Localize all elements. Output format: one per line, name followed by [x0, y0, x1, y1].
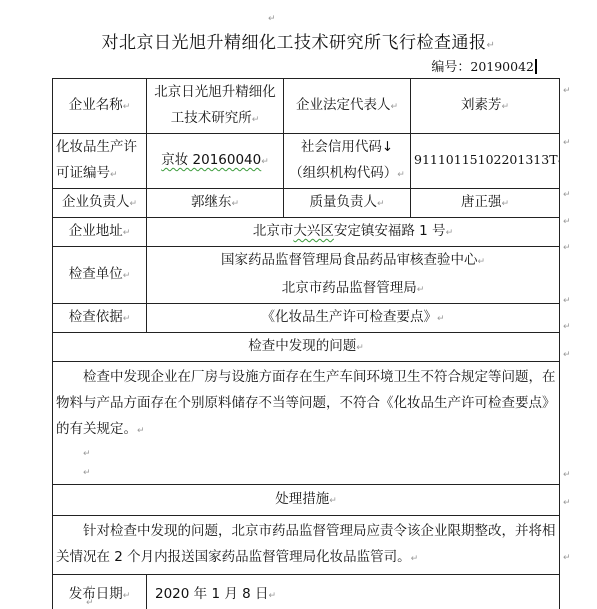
paragraph-mark: ↵	[86, 598, 94, 608]
date-label-cell: 发布日期↵	[53, 575, 147, 609]
doc-number-value: 20190042	[470, 59, 534, 74]
issues-text-cell[interactable]: 检查中发现企业在厂房与设施方面存在生产车间环境卫生不符合规定等问题，在物料与产品…	[53, 362, 560, 485]
address-label-cell: 企业地址↵	[53, 218, 147, 247]
license-label-cell: 化妆品生产许可证编号↵	[53, 134, 147, 189]
table-row: 检查单位↵ 国家药品监督管理局食品药品审核查验中心↵北京市药品监督管理局↵	[53, 247, 560, 304]
document-title: 对北京日光旭升精细化工技术研究所飞行检查通报↵	[0, 28, 597, 53]
row-end-mark: ↵	[563, 553, 571, 563]
company-head-label-cell: 企业负责人↵	[53, 189, 147, 218]
measures-text-cell[interactable]: 针对检查中发现的问题，北京市药品监督管理局应责令该企业限期整改，并将相关情况在 …	[53, 516, 560, 575]
quality-head-label-cell: 质量负责人↵	[284, 189, 411, 218]
table-row: 发布日期↵ 2020 年 1 月 8 日↵	[53, 575, 560, 609]
issues-header-cell: 检查中发现的问题↵	[53, 333, 560, 362]
row-end-mark: ↵	[563, 217, 571, 227]
measures-header-cell: 处理措施↵	[53, 485, 560, 516]
table-row: 企业负责人↵ 郭继东↵ 质量负责人↵ 唐正强↵	[53, 189, 560, 218]
paragraph-mark: ↵	[268, 14, 276, 24]
inspection-report-table: 企业名称↵ 北京日光旭升精细化工技术研究所↵ 企业法定代表人↵ 刘素芳↵ 化妆品…	[52, 78, 560, 609]
company-name-cell[interactable]: 北京日光旭升精细化工技术研究所↵	[147, 79, 284, 134]
title-text: 对北京日光旭升精细化工技术研究所飞行检查通报	[102, 33, 487, 53]
basis-cell[interactable]: 《化妆品生产许可检查要点》↵	[147, 304, 560, 333]
text-cursor[interactable]	[535, 59, 537, 74]
issues-text: 检查中发现企业在厂房与设施方面存在生产车间环境卫生不符合规定等问题，在物料与产品…	[56, 369, 556, 437]
doc-number-label: 编号：	[431, 60, 470, 75]
table-row: 检查依据↵ 《化妆品生产许可检查要点》↵	[53, 304, 560, 333]
basis-label-cell: 检查依据↵	[53, 304, 147, 333]
company-name-label-cell: 企业名称↵	[53, 79, 147, 134]
row-end-mark: ↵	[563, 243, 571, 253]
table-row: 企业地址↵ 北京市大兴区安定镇安福路 1 号↵	[53, 218, 560, 247]
date-cell[interactable]: 2020 年 1 月 8 日↵	[147, 575, 560, 609]
table-row: 处理措施↵	[53, 485, 560, 516]
row-end-mark: ↵	[563, 350, 571, 360]
paragraph-mark: ↵	[487, 40, 496, 51]
credit-code-label-cell: 社会信用代码↓（组织机构代码）↵	[284, 134, 411, 189]
license-value-cell[interactable]: 京妆 20160040↵	[147, 134, 284, 189]
inspector-cell[interactable]: 国家药品监督管理局食品药品审核查验中心↵北京市药品监督管理局↵	[147, 247, 560, 304]
credit-code-cell[interactable]: 91110115102201313T↵	[411, 134, 560, 189]
row-end-mark: ↵	[563, 138, 571, 148]
inspector-label-cell: 检查单位↵	[53, 247, 147, 304]
document-number: 编号：20190042	[431, 56, 537, 75]
row-end-mark: ↵	[563, 322, 571, 332]
row-end-mark: ↵	[563, 296, 571, 306]
legal-rep-label-cell: 企业法定代表人↵	[284, 79, 411, 134]
table-row: 检查中发现的问题↵	[53, 333, 560, 362]
legal-rep-cell[interactable]: 刘素芳↵	[411, 79, 560, 134]
row-end-mark: ↵	[563, 190, 571, 200]
table-row: 针对检查中发现的问题，北京市药品监督管理局应责令该企业限期整改，并将相关情况在 …	[53, 516, 560, 575]
measures-text: 针对检查中发现的问题，北京市药品监督管理局应责令该企业限期整改，并将相关情况在 …	[56, 523, 556, 565]
quality-head-cell[interactable]: 唐正强↵	[411, 189, 560, 218]
license-value: 京妆 20160040	[161, 152, 261, 168]
row-end-mark: ↵	[563, 470, 571, 480]
publish-date: 2020 年 1 月 8 日	[155, 586, 269, 602]
row-end-mark: ↵	[563, 498, 571, 508]
paragraph-mark: ↵	[86, 584, 94, 594]
table-row: 企业名称↵ 北京日光旭升精细化工技术研究所↵ 企业法定代表人↵ 刘素芳↵	[53, 79, 560, 134]
company-head-cell[interactable]: 郭继东↵	[147, 189, 284, 218]
row-end-mark: ↵	[563, 86, 571, 96]
table-row: 化妆品生产许可证编号↵ 京妆 20160040↵ 社会信用代码↓（组织机构代码）…	[53, 134, 560, 189]
table-row: 检查中发现企业在厂房与设施方面存在生产车间环境卫生不符合规定等问题，在物料与产品…	[53, 362, 560, 485]
address-cell[interactable]: 北京市大兴区安定镇安福路 1 号↵	[147, 218, 560, 247]
